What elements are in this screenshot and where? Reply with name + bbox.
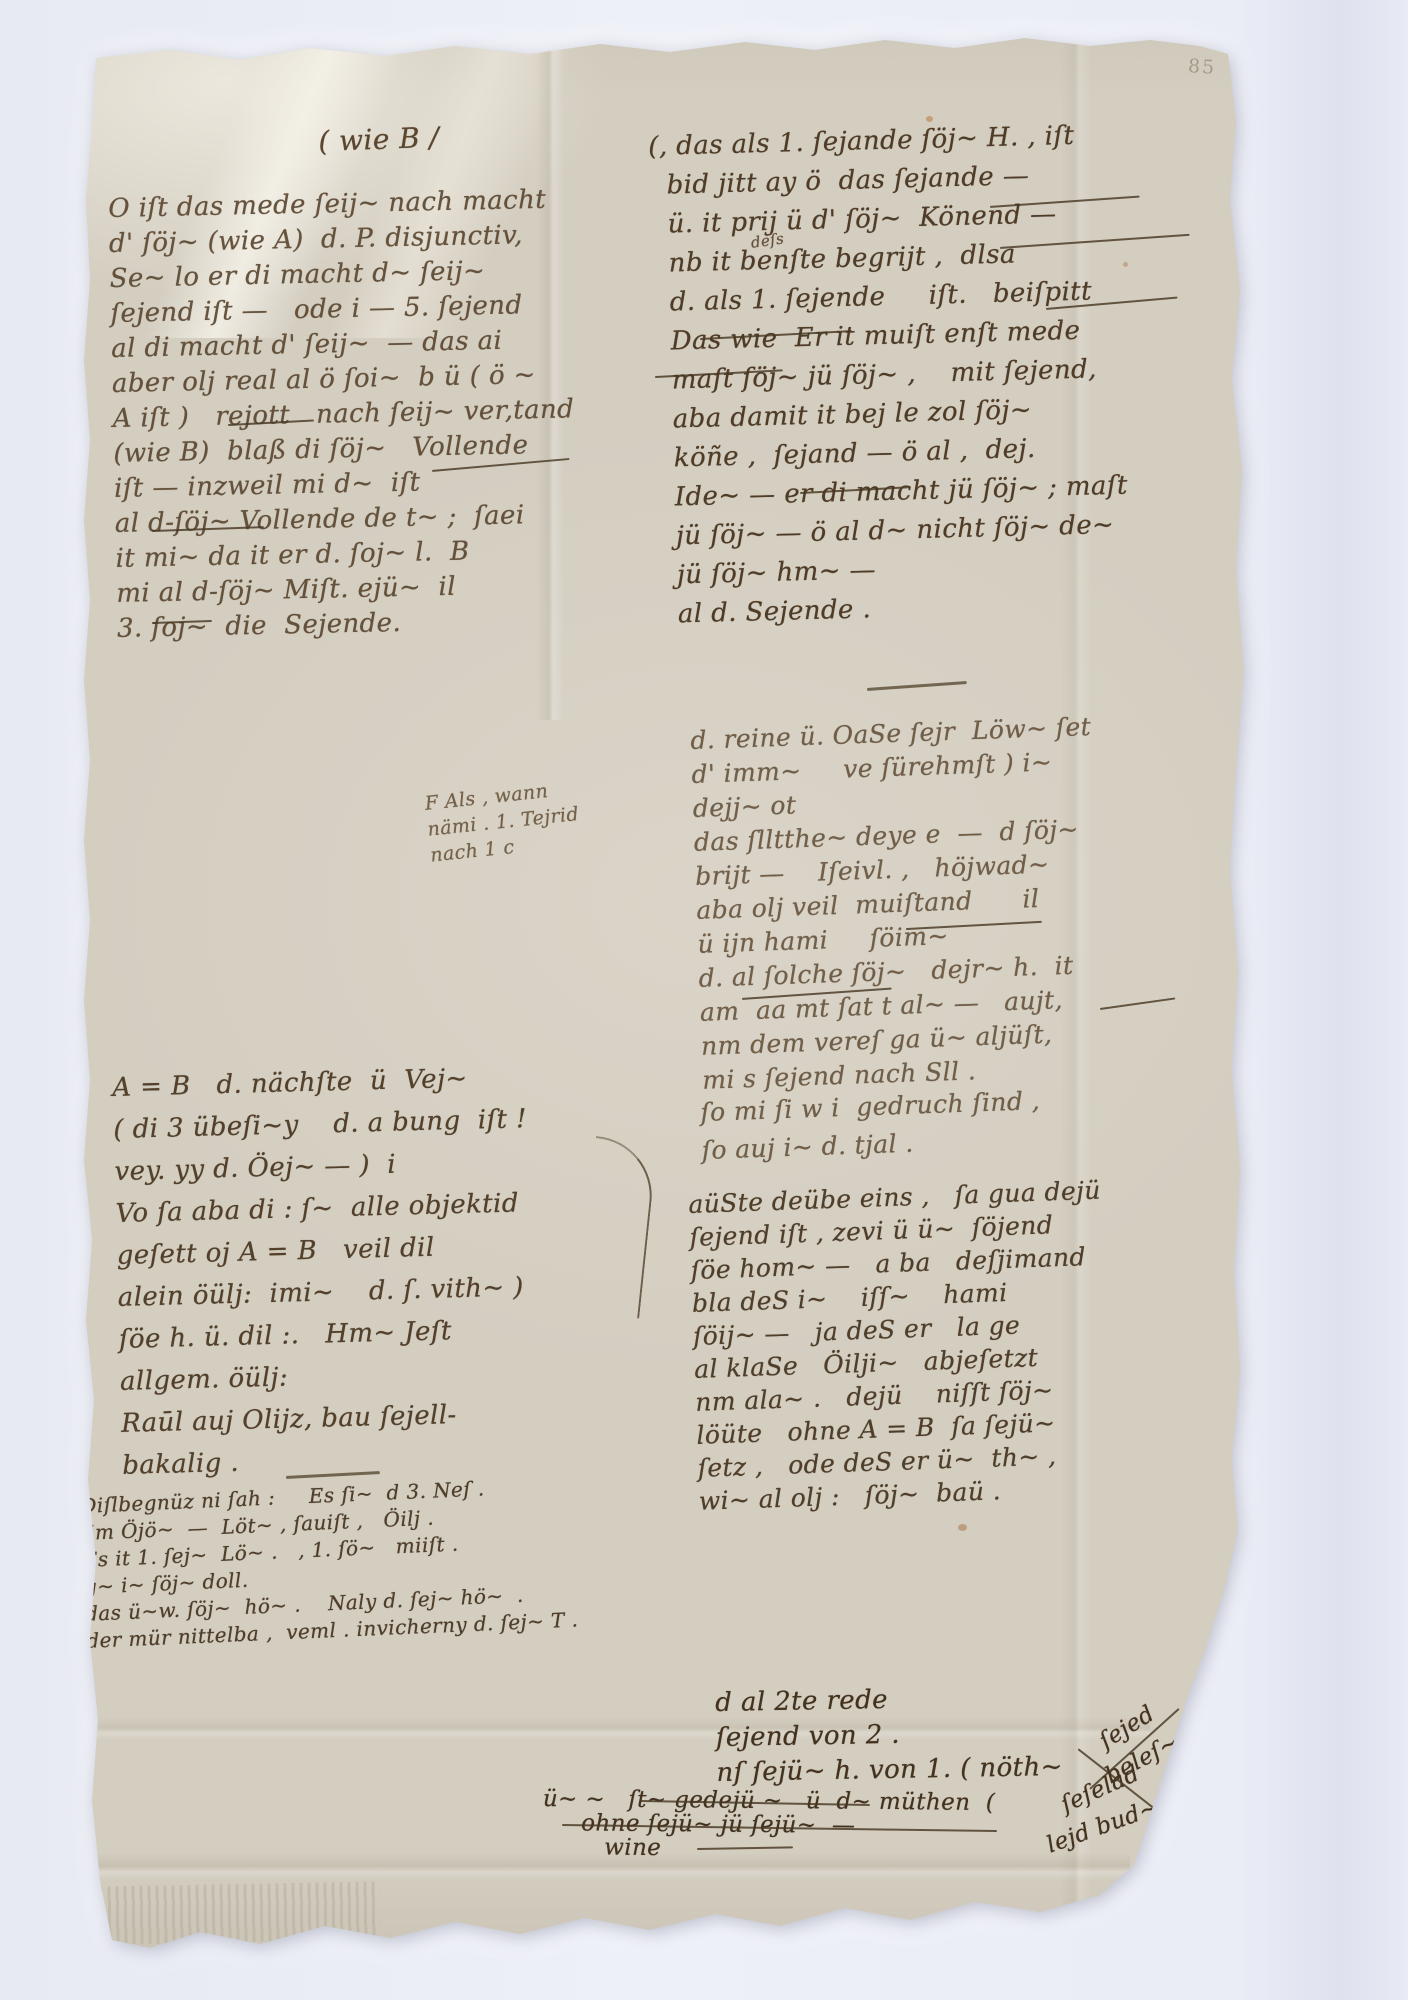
handwritten-line: wine <box>542 1836 995 1864</box>
left-column-paragraph-2: A = B d. nächſte ü Vej~( di 3 übeſi~y d.… <box>112 1064 536 1495</box>
scan-background: 85 ( wie B /O iſt das mede ſeij~ nach ma… <box>0 0 1408 2000</box>
section-divider-right <box>867 681 967 691</box>
handwritten-line: d al 2te rede <box>715 1684 1062 1725</box>
manuscript-paper: 85 ( wie B /O iſt das mede ſeij~ nach ma… <box>0 0 1408 2000</box>
handwritten-line: ſo auj i~ d. tjal . <box>701 1126 1042 1176</box>
closing-brace-curve <box>577 1136 657 1319</box>
left-column-paragraph-3: Diſlbegnüz ni ſah : Es ſi~ d 3. Neſ .jim… <box>80 1475 579 1658</box>
strike-r2-aujt <box>1100 997 1176 1010</box>
right-column-paragraph-1: (, das als 1. ſejande ſöj~ H. , iſt bid … <box>648 122 1131 641</box>
handwritten-line: ( wie B / <box>318 124 440 168</box>
handwriting-layer: ( wie B /O iſt das mede ſeij~ nach macht… <box>0 0 1408 2000</box>
handwritten-line: al d. Sejende . <box>660 590 1131 641</box>
right-column-paragraph-2: d. reine ü. OaSe ſejr Löw~ ſetd' imm~ ve… <box>690 714 1104 1102</box>
heading-wie-b: ( wie B / <box>318 124 440 168</box>
right-column-paragraph-3: aüSte deübe eins , ſa gua dejüſejend iſt… <box>688 1178 1112 1522</box>
margin-note-center: F Als , wannnämi . 1. Tejridnach 1 c <box>424 779 583 872</box>
handwritten-line: 3. ſoj~ die Sejende. <box>117 606 579 651</box>
right-column-note: ſo mi ſi w i gedruch ſind ,ſo auj i~ d. … <box>700 1088 1042 1176</box>
bottom-right-paragraph: d al 2te redeſejend von 2 .nſ ſejü~ h. v… <box>715 1684 1063 1795</box>
left-column-paragraph-1: O iſt das mede ſeij~ nach machtd' ſöj~ (… <box>108 186 579 651</box>
paper-shadow-wrap: 85 ( wie B /O iſt das mede ſeij~ nach ma… <box>0 0 1408 2000</box>
